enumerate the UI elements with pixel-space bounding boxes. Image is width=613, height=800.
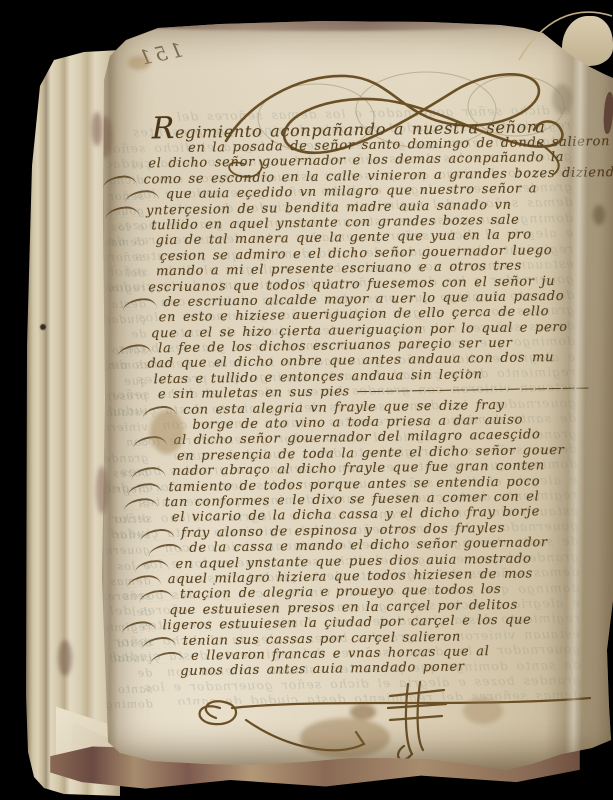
- stain-mark: [150, 410, 184, 454]
- margin-swash-stroke: [150, 651, 185, 665]
- photograph: el dicho señor gouernador e los demas se…: [0, 0, 613, 800]
- manuscript-page: el dicho señor gouernador e los demas se…: [96, 18, 613, 772]
- margin-swash-stroke: [148, 543, 183, 557]
- ink-speck: [40, 324, 46, 330]
- stain-mark: [463, 698, 503, 724]
- stain-mark: [300, 718, 390, 758]
- loose-thread: [0, 0, 613, 120]
- vertical-crease: [544, 18, 604, 773]
- text-block: Regimiento aconpañando a nuestra señorae…: [142, 113, 593, 681]
- stain-mark: [350, 704, 376, 720]
- edge-stain: [58, 640, 72, 676]
